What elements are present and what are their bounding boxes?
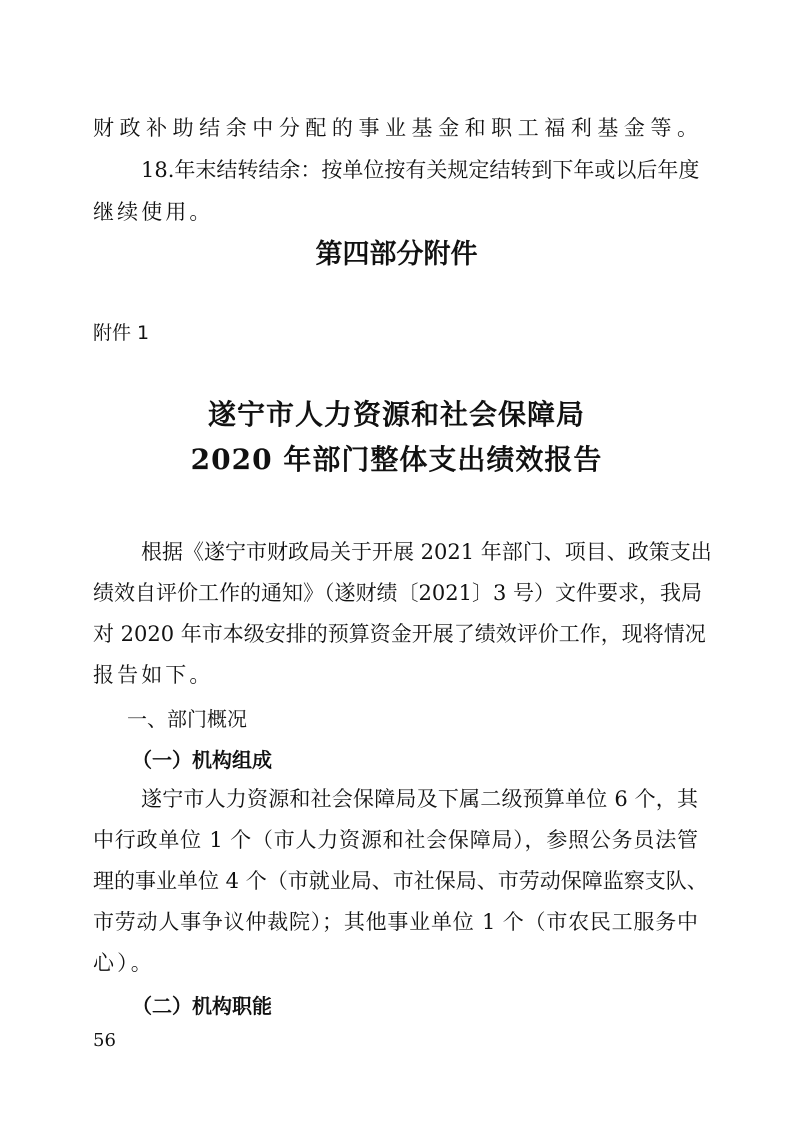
body-line: 市劳动人事争议仲裁院）；其他事业单位 1 个（市农民工服务中 [93,909,698,935]
body-line: 遂宁市人力资源和社会保障局及下属二级预算单位 6 个，其 [141,786,698,812]
intro-line: 根据《遂宁市财政局关于开展 2021 年部门、项目、政策支出 [141,539,698,565]
subsection-heading: （一）机构组成 [132,744,272,773]
item-18-line: 18.年末结转结余：按单位按有关规定结转到下年或以后年度 [141,157,698,183]
body-line: 理的事业单位 4 个（市就业局、市社保局、市劳动保障监察支队、 [93,868,698,894]
paragraph-line: 财政补助结余中分配的事业基金和职工福利基金等。 [93,115,698,141]
attachment-label: 附件 1 [93,318,149,345]
body-line: 中行政单位 1 个（市人力资源和社会保障局），参照公务员法管 [93,827,698,853]
subsection-heading: （二）机构职能 [132,990,272,1019]
page-number: 56 [93,1030,116,1051]
intro-line: 对 2020 年市本级安排的预算资金开展了绩效评价工作，现将情况 [93,621,698,647]
body-line: 心）。 [93,950,698,976]
section-heading: 一、部门概况 [127,703,247,732]
item-18-line: 继续使用。 [93,199,698,225]
report-title-line2: 2020 年部门整体支出绩效报告 [0,438,793,478]
intro-line: 绩效自评价工作的通知》（遂财绩〔2021〕3 号）文件要求，我局 [93,580,698,606]
part-title: 第四部分附件 [0,232,793,271]
report-title-line1: 遂宁市人力资源和社会保障局 [0,393,793,433]
intro-line: 报告如下。 [93,662,698,688]
